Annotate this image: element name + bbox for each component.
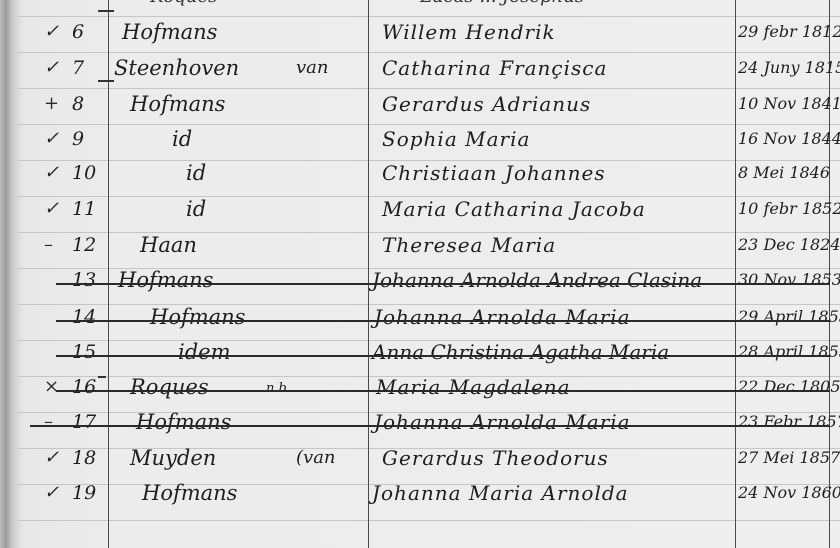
row-surname: id [186,161,206,185]
row-number: 11 [72,197,106,221]
row-number: 13 [72,268,106,292]
row-mark: – [44,233,64,257]
register-page: Roques Lucas ... Josephus ... 1800 ✓ 6 H… [0,0,840,548]
row-given-names: Willem Hendrik [382,20,556,44]
strikethrough-line [56,355,830,357]
row-given-names: Gerardus Theodorus [382,446,609,470]
row-date: 29 April 1855 [738,305,840,329]
register-row: + 8 Hofmans Gerardus Adrianus 10 Nov 184… [0,86,840,122]
row-given-names: Johanna Arnolda Andrea Clasina [372,268,702,292]
row-mark: ✓ [44,197,64,221]
row-given-names: Johanna Arnolda Maria [374,410,631,434]
register-row-struck: 13 Hofmans Johanna Arnolda Andrea Clasin… [0,262,840,298]
row-mark: ✓ [44,20,64,44]
row-mark: + [44,92,64,116]
row-note: n.b. [266,377,291,401]
row-surname: Hofmans [118,268,213,292]
row-surname: id [172,127,192,151]
strikethrough-line [56,283,830,285]
register-row: ✓ 9 id Sophia Maria 16 Nov 1844 [0,121,840,157]
row-surname: idem [178,340,231,364]
row-date: 23 Dec 1824 [738,233,840,257]
row-particle: (van [296,446,336,470]
row-mark: ✓ [44,56,64,80]
register-row: ✓ 19 Hofmans Johanna Maria Arnolda 24 No… [0,475,840,511]
register-row: ✓ 18 Muyden (van Gerardus Theodorus 27 M… [0,440,840,476]
fragment-date: ... 1800 [745,0,802,4]
row-date: 30 Nov 1853 [738,268,840,292]
row-date: 8 Mei 1846 [738,161,830,185]
margin-tick [98,10,114,12]
row-surname: Hofmans [136,410,231,434]
row-date: 27 Mei 1857 [738,446,840,470]
row-given-names: Maria Magdalena [376,375,571,399]
strikethrough-line [56,320,830,322]
row-surname: Hofmans [150,305,245,329]
row-date: 29 febr 1812 [738,20,840,44]
row-number: 6 [72,20,106,44]
register-row: ✓ 11 id Maria Catharina Jacoba 10 febr 1… [0,191,840,227]
row-date: 10 febr 1852 [738,197,840,221]
row-given-names: Theresea Maria [382,233,556,257]
ruled-line [18,520,840,521]
register-row: ✓ 6 Hofmans Willem Hendrik 29 febr 1812 [0,14,840,50]
row-given-names: Johanna Arnolda Maria [374,305,631,329]
row-date: 24 Nov 1860 [738,481,840,505]
register-row-struck: 15 idem Anna Christina Agatha Maria 28 A… [0,334,840,370]
row-number: 10 [72,161,106,185]
register-row: – 12 Haan Theresea Maria 23 Dec 1824 [0,227,840,263]
row-number: 12 [72,233,106,257]
fragment-surname: Roques [150,0,217,7]
row-mark: ✓ [44,127,64,151]
row-number: 19 [72,481,106,505]
row-particle: van [296,56,329,80]
register-row-struck: × 16 Roques n.b. Maria Magdalena 22 Dec … [0,369,840,405]
row-surname: Muyden [130,446,216,470]
row-surname: Haan [140,233,197,257]
row-mark: ✓ [44,446,64,470]
row-given-names: Catharina Françisca [382,56,607,80]
fragment-given: Lucas ... Josephus [420,0,584,7]
row-date: 10 Nov 1841 [738,92,840,116]
row-number: 16 [72,375,106,399]
row-date: 24 Juny 1815 [738,56,840,80]
row-surname: Steenhoven [114,56,239,80]
row-surname: id [186,197,206,221]
row-number: 17 [72,410,106,434]
row-surname: Roques [130,375,209,399]
row-date: 28 April 1855 [738,340,840,364]
row-surname: Hofmans [130,92,225,116]
row-given-names: Maria Catharina Jacoba [382,197,646,221]
row-number: 14 [72,305,106,329]
strikethrough-line [56,390,830,392]
row-given-names: Anna Christina Agatha Maria [372,340,669,364]
register-row: ✓ 10 id Christiaan Johannes 8 Mei 1846 [0,155,840,191]
row-mark: ✓ [44,481,64,505]
row-given-names: Sophia Maria [382,127,530,151]
row-number: 7 [72,56,106,80]
row-number: 9 [72,127,106,151]
register-row: ✓ 7 Steenhoven van Catharina Françisca 2… [0,50,840,86]
row-mark: × [44,375,64,399]
row-number: 18 [72,446,106,470]
row-surname: Hofmans [122,20,217,44]
row-number: 8 [72,92,106,116]
row-date: 23 Febr 1857 [738,410,840,434]
row-given-names: Christiaan Johannes [382,161,606,185]
row-mark: ✓ [44,161,64,185]
row-mark: – [44,410,64,434]
row-date: 22 Dec 1805 [738,375,840,399]
row-given-names: Johanna Maria Arnolda [372,481,629,505]
row-given-names: Gerardus Adrianus [382,92,591,116]
strikethrough-line [30,425,830,427]
row-surname: Hofmans [142,481,237,505]
row-date: 16 Nov 1844 [738,127,840,151]
row-number: 15 [72,340,106,364]
register-row-struck: 14 Hofmans Johanna Arnolda Maria 29 Apri… [0,299,840,335]
register-row-struck: – 17 Hofmans Johanna Arnolda Maria 23 Fe… [0,404,840,440]
